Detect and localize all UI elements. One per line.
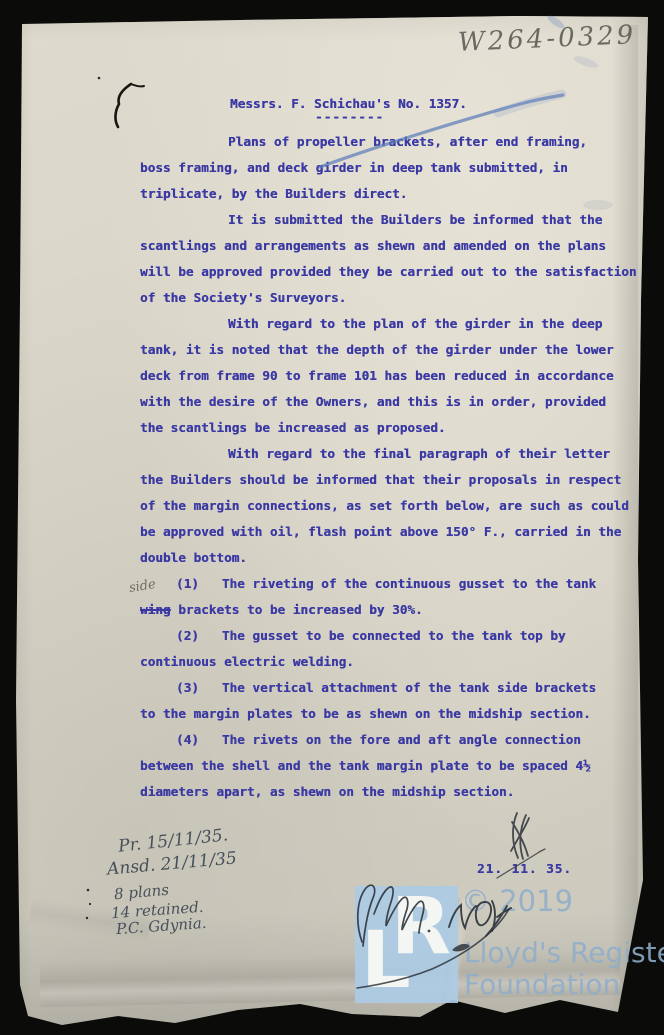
title-underline: --------	[140, 112, 664, 125]
typed-line: tank, it is noted that the depth of the …	[140, 337, 664, 363]
typed-letter-body: Messrs. F. Schichau's No. 1357. --------…	[140, 96, 664, 805]
typed-line: Plans of propeller brackets, after end f…	[140, 129, 664, 155]
watermark-line2: Foundation	[464, 968, 620, 1001]
watermark-line1: Lloyd's Register	[464, 936, 664, 969]
lloyds-register-logo: L R	[355, 886, 458, 1003]
typed-line: boss framing, and deck girder in deep ta…	[140, 155, 664, 181]
typed-line: With regard to the final paragraph of th…	[140, 441, 664, 467]
logo-letter-r: R	[391, 888, 451, 966]
typed-line: It is submitted the Builders be informed…	[140, 207, 664, 233]
typed-line: be approved with oil, flash point above …	[140, 519, 664, 545]
typed-line: deck from frame 90 to frame 101 has been…	[140, 363, 664, 389]
typed-line: With regard to the plan of the girder in…	[140, 311, 664, 337]
typed-line: will be approved provided they be carrie…	[140, 259, 664, 285]
archive-reference-handwritten: W264-0329	[457, 20, 636, 58]
typed-line: brackets to be increased by 30%.	[171, 602, 423, 617]
document-photo: W264-0329 Messrs. F. Schichau's No. 1357…	[0, 0, 664, 1035]
struck-word: wing	[140, 602, 171, 617]
typed-line-amended: wing brackets to be increased by 30%.	[140, 597, 664, 623]
typed-line: of the Society's Surveyors.	[140, 285, 664, 311]
typed-line-item-1: (1) The riveting of the continuous gusse…	[140, 571, 664, 597]
typed-line: continuous electric welding.	[140, 649, 664, 675]
typed-line: double bottom.	[140, 545, 664, 571]
typed-line: of the margin connections, as set forth …	[140, 493, 664, 519]
typed-line: the scantlings be increased as proposed.	[140, 415, 664, 441]
typed-line: diameters apart, as shewn on the midship…	[140, 779, 664, 805]
typed-line-item-4: (4) The rivets on the fore and aft angle…	[140, 727, 664, 753]
typed-line: between the shell and the tank margin pl…	[140, 753, 664, 779]
paper-sheet: W264-0329 Messrs. F. Schichau's No. 1357…	[0, 0, 664, 1035]
typed-line: scantlings and arrangements as shewn and…	[140, 233, 664, 259]
typed-line: to the margin plates to be as shewn on t…	[140, 701, 664, 727]
typed-line: triplicate, by the Builders direct.	[140, 181, 664, 207]
typed-line: the Builders should be informed that the…	[140, 467, 664, 493]
typed-line-item-2: (2) The gusset to be connected to the ta…	[140, 623, 664, 649]
watermark-copyright: © 2019	[461, 884, 573, 918]
typed-date: 21. 11. 35.	[477, 861, 572, 876]
typed-line-item-3: (3) The vertical attachment of the tank …	[140, 675, 664, 701]
letter-title: Messrs. F. Schichau's No. 1357.	[140, 96, 664, 112]
typed-line: with the desire of the Owners, and this …	[140, 389, 664, 415]
